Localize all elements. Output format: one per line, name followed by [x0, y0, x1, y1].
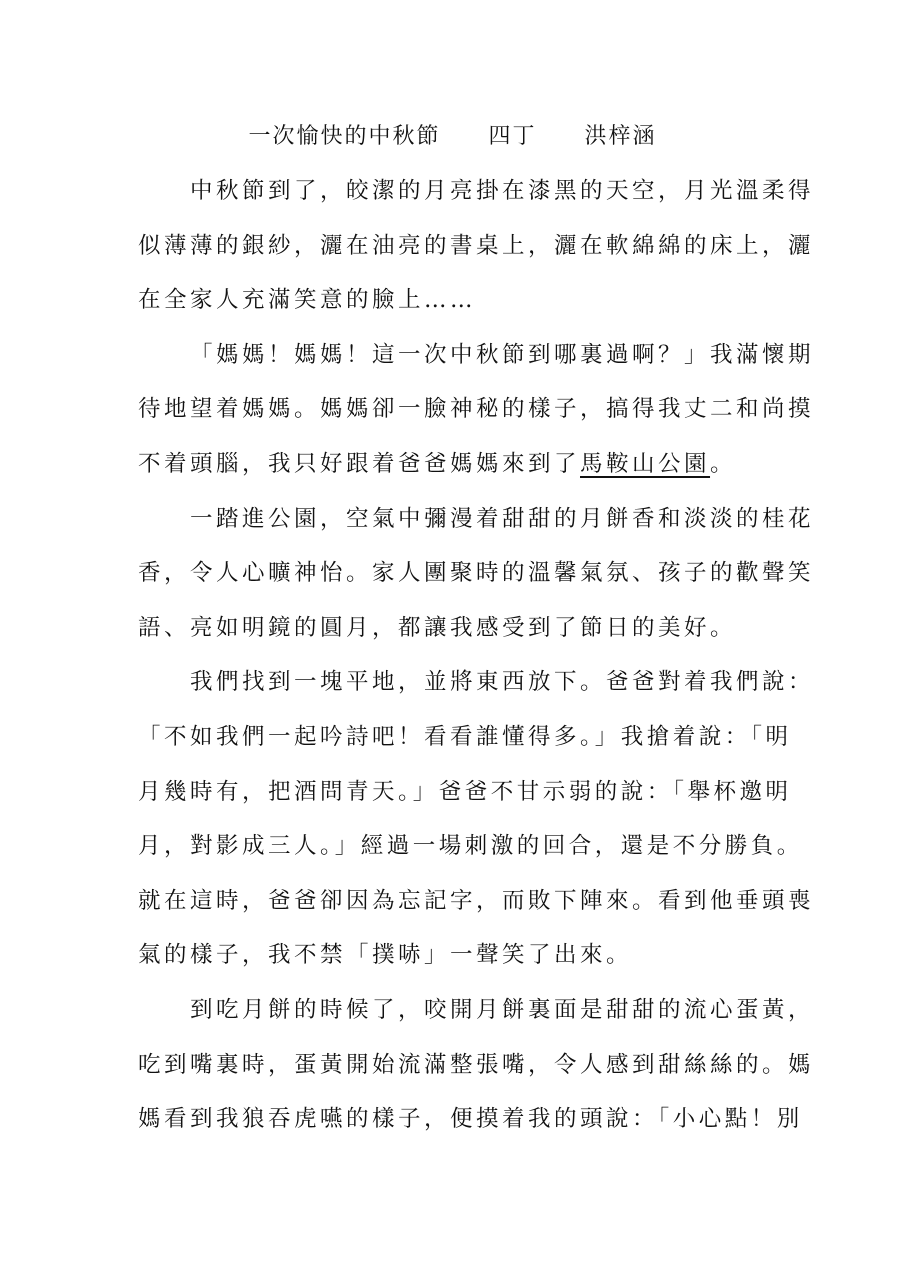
- underlined-place-name: 馬鞍山公園: [580, 451, 710, 477]
- text-line: 就在這時，爸爸卻因為忘記字，而敗下陣來。看到他垂頭喪: [138, 884, 770, 939]
- document-page: 一次愉快的中秋節 四丁 洪梓涵 中秋節到了，皎潔的月亮掛在漆黑的天空，月光溫柔得…: [0, 0, 905, 1280]
- text-segment: 不着頭腦，我只好跟着爸爸媽媽來到了: [138, 451, 580, 477]
- text-line: 到吃月餅的時候了，咬開月餅裏面是甜甜的流心蛋黃，: [138, 993, 770, 1048]
- text-line: 我們找到一塊平地，並將東西放下。爸爸對着我們說：: [138, 665, 770, 720]
- text-line: 氣的樣子，我不禁「撲哧」一聲笑了出來。: [138, 938, 770, 993]
- text-line: 一踏進公園，空氣中彌漫着甜甜的月餅香和淡淡的桂花: [138, 502, 770, 557]
- essay-body: 中秋節到了，皎潔的月亮掛在漆黑的天空，月光溫柔得 似薄薄的銀紗，灑在油亮的書桌上…: [138, 174, 770, 1157]
- text-line: 「不如我們一起吟詩吧！看看誰懂得多。」我搶着說：「明: [138, 720, 770, 775]
- essay-title-line: 一次愉快的中秋節 四丁 洪梓涵: [0, 122, 905, 152]
- text-line: 香，令人心曠神怡。家人團聚時的溫馨氣氛、孩子的歡聲笑: [138, 556, 770, 611]
- text-line: 月，對影成三人。」經過一場刺激的回合，還是不分勝負。: [138, 829, 770, 884]
- text-line: 吃到嘴裏時，蛋黃開始流滿整張嘴，令人感到甜絲絲的。媽: [138, 1048, 770, 1103]
- text-line: 語、亮如明鏡的圓月，都讓我感受到了節日的美好。: [138, 611, 770, 666]
- text-line: 月幾時有，把酒問青天。」爸爸不甘示弱的說：「舉杯邀明: [138, 775, 770, 830]
- text-line: 「媽媽！媽媽！這一次中秋節到哪裏過啊？」我滿懷期: [138, 338, 770, 393]
- text-segment: 。: [710, 451, 736, 477]
- text-line: 在全家人充滿笑意的臉上……: [138, 283, 770, 338]
- text-line: 中秋節到了，皎潔的月亮掛在漆黑的天空，月光溫柔得: [138, 174, 770, 229]
- text-line: 似薄薄的銀紗，灑在油亮的書桌上，灑在軟綿綿的床上，灑: [138, 229, 770, 284]
- text-line: 媽看到我狼吞虎嚥的樣子，便摸着我的頭說：「小心點！別: [138, 1102, 770, 1157]
- text-line: 不着頭腦，我只好跟着爸爸媽媽來到了馬鞍山公園。: [138, 447, 770, 502]
- text-line: 待地望着媽媽。媽媽卻一臉神秘的樣子，搞得我丈二和尚摸: [138, 392, 770, 447]
